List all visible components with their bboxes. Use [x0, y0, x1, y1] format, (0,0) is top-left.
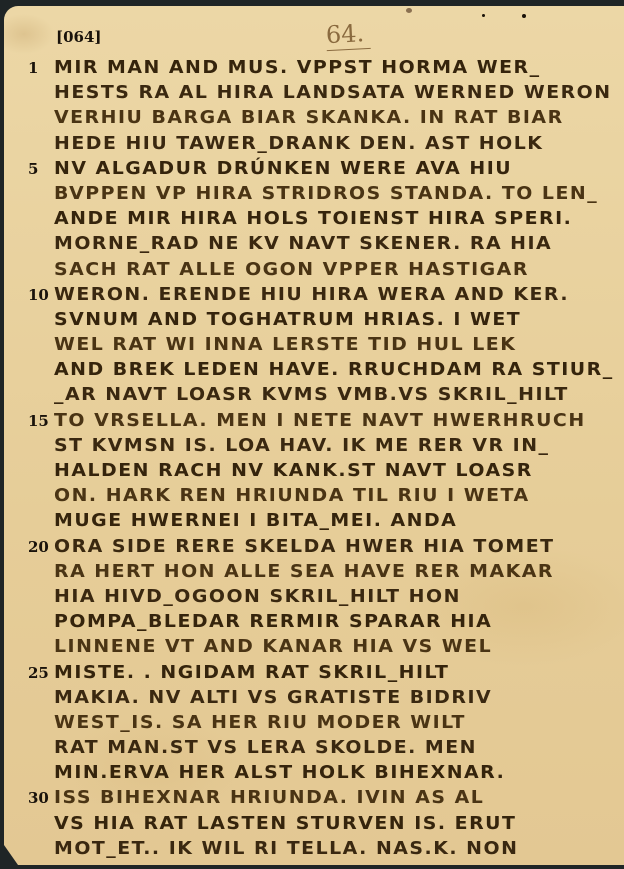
line-number: 25 [28, 664, 54, 682]
line-text: SVNUM AND TOGHATRUM HRIAS. I WET [54, 310, 521, 330]
text-line: VS HIA RAT LASTEN STURVEN IS. ERUT [28, 814, 618, 839]
line-text: VERHIU BARGA BIAR SKANKA. IN RAT BIAR [54, 108, 564, 128]
text-line: 1MIR MAN AND MUS. VPPST HORMA WER_ [28, 58, 618, 83]
line-text: RA HERT HON ALLE SEA HAVE RER MAKAR [54, 562, 554, 582]
line-text: _AR NAVT LOASR KVMS VMB.VS SKRIL_HILT [54, 385, 569, 405]
line-number: 30 [28, 789, 54, 807]
text-line: ON. HARK REN HRIUNDA TIL RIU I WETA [28, 486, 618, 511]
text-line: HIA HIVD_OGOON SKRIL_HILT HON [28, 587, 618, 612]
line-text: TO VRSELLA. MEN I NETE NAVT HWERHRUCH [54, 411, 586, 431]
manuscript-text-block: 1MIR MAN AND MUS. VPPST HORMA WER_ HESTS… [28, 58, 618, 864]
line-number: 1 [28, 59, 54, 77]
ink-speck [522, 14, 526, 18]
line-number: 15 [28, 412, 54, 430]
line-text: MORNE_RAD NE KV NAVT SKENER. RA HIA [54, 234, 552, 254]
line-text: MAKIA. NV ALTI VS GRATISTE BIDRIV [54, 688, 492, 708]
text-line: ST KVMSN IS. LOA HAV. IK ME RER VR IN_ [28, 436, 618, 461]
line-text: POMPA_BLEDAR RERMIR SPARAR HIA [54, 612, 492, 632]
text-line: RA HERT HON ALLE SEA HAVE RER MAKAR [28, 562, 618, 587]
text-line: VERHIU BARGA BIAR SKANKA. IN RAT BIAR [28, 108, 618, 133]
text-line: MUGE HWERNEI I BITA_MEI. ANDA [28, 511, 618, 536]
line-text: RAT MAN.ST VS LERA SKOLDE. MEN [54, 738, 477, 758]
text-line: SVNUM AND TOGHATRUM HRIAS. I WET [28, 310, 618, 335]
text-line: LINNENE VT AND KANAR HIA VS WEL [28, 637, 618, 662]
folio-number: 64. [325, 19, 371, 51]
line-text: ST KVMSN IS. LOA HAV. IK ME RER VR IN_ [54, 436, 550, 456]
text-line: BVPPEN VP HIRA STRIDROS STANDA. TO LEN_ [28, 184, 618, 209]
line-text: HIA HIVD_OGOON SKRIL_HILT HON [54, 587, 461, 607]
text-line: 5NV ALGADUR DRÚNKEN WERE AVA HIU [28, 159, 618, 184]
line-text: ORA SIDE RERE SKELDA HWER HIA TOMET [54, 537, 555, 557]
text-line: HALDEN RACH NV KANK.ST NAVT LOASR [28, 461, 618, 486]
line-text: NV ALGADUR DRÚNKEN WERE AVA HIU [54, 159, 512, 179]
line-number: 5 [28, 160, 54, 178]
line-text: HESTS RA AL HIRA LANDSATA WERNED WERON [54, 83, 612, 103]
text-line: MIN.ERVA HER ALST HOLK BIHEXNAR. [28, 763, 618, 788]
line-text: MUGE HWERNEI I BITA_MEI. ANDA [54, 511, 457, 531]
text-line: SACH RAT ALLE OGON VPPER HASTIGAR [28, 260, 618, 285]
line-text: LINNENE VT AND KANAR HIA VS WEL [54, 637, 492, 657]
line-text: HALDEN RACH NV KANK.ST NAVT LOASR [54, 461, 533, 481]
text-line: 10WERON. ERENDE HIU HIRA WERA AND KER. [28, 285, 618, 310]
ink-speck [482, 14, 485, 17]
page-id-label: [064] [56, 28, 102, 46]
text-line: MAKIA. NV ALTI VS GRATISTE BIDRIV [28, 688, 618, 713]
text-line: HESTS RA AL HIRA LANDSATA WERNED WERON [28, 83, 618, 108]
line-text: VS HIA RAT LASTEN STURVEN IS. ERUT [54, 814, 516, 834]
text-line: 30ISS BIHEXNAR HRIUNDA. IVIN AS AL [28, 788, 618, 813]
manuscript-page: [064] 64. 1MIR MAN AND MUS. VPPST HORMA … [4, 6, 624, 865]
line-text: WEL RAT WI INNA LERSTE TID HUL LEK [54, 335, 516, 355]
line-text: ANDE MIR HIRA HOLS TOIENST HIRA SPERI. [54, 209, 572, 229]
line-text: MIR MAN AND MUS. VPPST HORMA WER_ [54, 58, 541, 78]
text-line: RAT MAN.ST VS LERA SKOLDE. MEN [28, 738, 618, 763]
text-line: WEL RAT WI INNA LERSTE TID HUL LEK [28, 335, 618, 360]
line-text: WERON. ERENDE HIU HIRA WERA AND KER. [54, 285, 569, 305]
line-number: 10 [28, 286, 54, 304]
text-line: HEDE HIU TAWER_DRANK DEN. AST HOLK [28, 134, 618, 159]
text-line: ANDE MIR HIRA HOLS TOIENST HIRA SPERI. [28, 209, 618, 234]
line-text: MISTE. . NGIDAM RAT SKRIL_HILT [54, 663, 449, 683]
line-text: AND BREK LEDEN HAVE. RRUCHDAM RA STIUR_ [54, 360, 614, 380]
text-line: WEST_IS. SA HER RIU MODER WILT [28, 713, 618, 738]
text-line: 15TO VRSELLA. MEN I NETE NAVT HWERHRUCH [28, 411, 618, 436]
text-line: 20ORA SIDE RERE SKELDA HWER HIA TOMET [28, 537, 618, 562]
line-text: MIN.ERVA HER ALST HOLK BIHEXNAR. [54, 763, 505, 783]
text-line: MOT_ET.. IK WIL RI TELLA. NAS.K. NON [28, 839, 618, 864]
text-line: _AR NAVT LOASR KVMS VMB.VS SKRIL_HILT [28, 385, 618, 410]
line-text: BVPPEN VP HIRA STRIDROS STANDA. TO LEN_ [54, 184, 598, 204]
text-line: MORNE_RAD NE KV NAVT SKENER. RA HIA [28, 234, 618, 259]
line-text: ISS BIHEXNAR HRIUNDA. IVIN AS AL [54, 788, 484, 808]
text-line: POMPA_BLEDAR RERMIR SPARAR HIA [28, 612, 618, 637]
text-line: AND BREK LEDEN HAVE. RRUCHDAM RA STIUR_ [28, 360, 618, 385]
line-text: ON. HARK REN HRIUNDA TIL RIU I WETA [54, 486, 530, 506]
manuscript-scan: [064] 64. 1MIR MAN AND MUS. VPPST HORMA … [0, 0, 624, 869]
text-line: 25MISTE. . NGIDAM RAT SKRIL_HILT [28, 663, 618, 688]
line-number: 20 [28, 538, 54, 556]
line-text: HEDE HIU TAWER_DRANK DEN. AST HOLK [54, 134, 543, 154]
line-text: MOT_ET.. IK WIL RI TELLA. NAS.K. NON [54, 839, 518, 859]
line-text: WEST_IS. SA HER RIU MODER WILT [54, 713, 466, 733]
stain-mark [406, 8, 412, 13]
line-text: SACH RAT ALLE OGON VPPER HASTIGAR [54, 260, 529, 280]
